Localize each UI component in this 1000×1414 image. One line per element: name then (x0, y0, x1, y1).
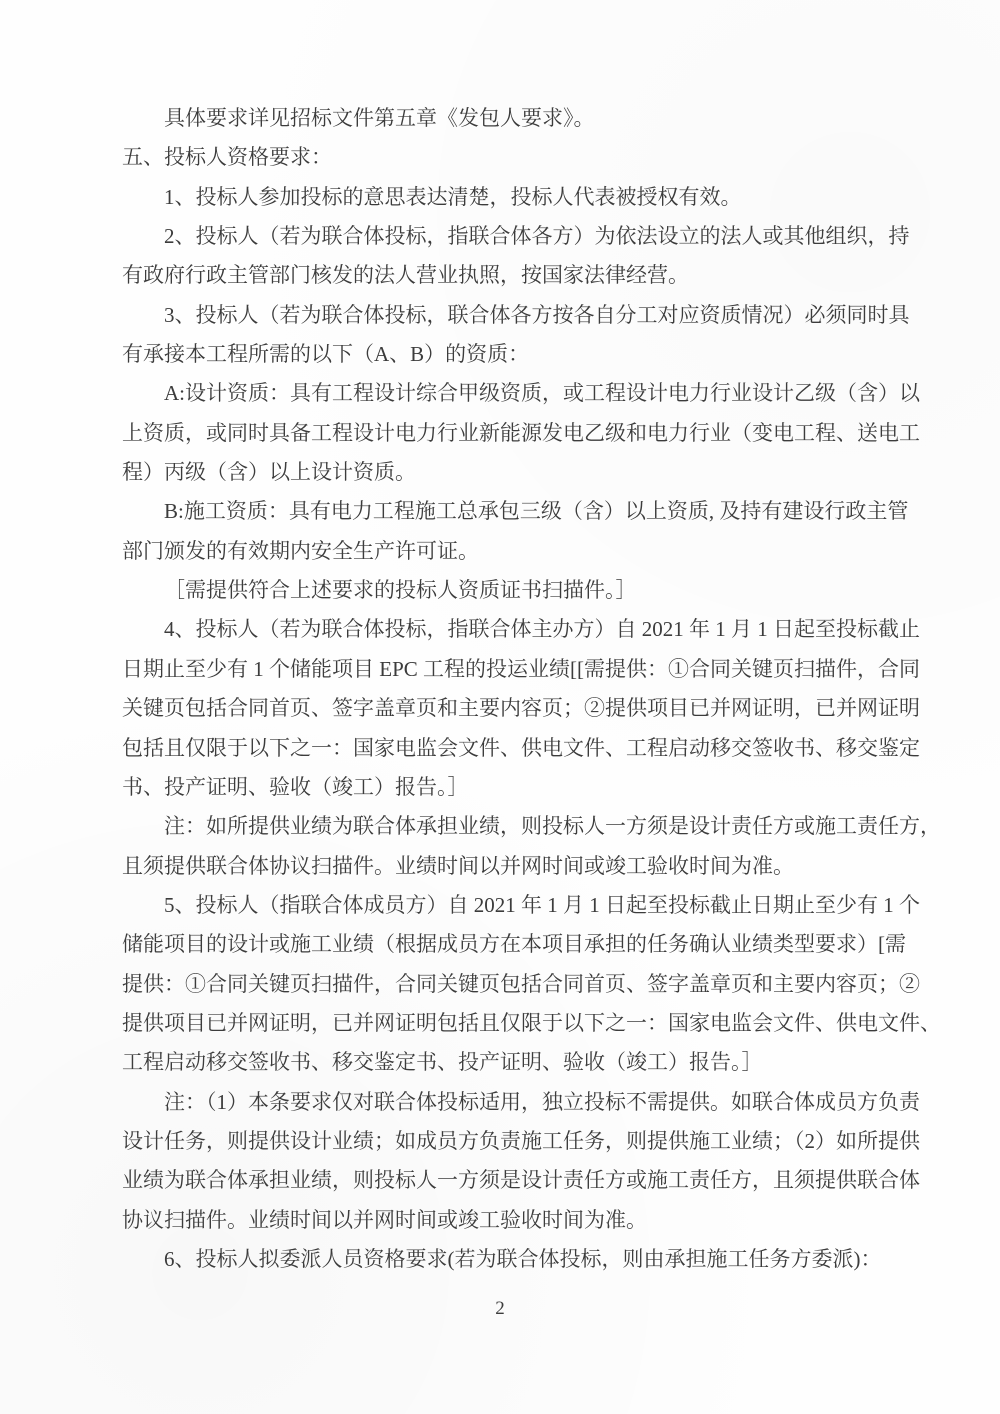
text-line: 包括且仅限于以下之一：国家电监会文件、供电文件、工程启动移交签收书、移交鉴定 (122, 729, 882, 768)
text-line: 有承接本工程所需的以下（A、B）的资质： (122, 335, 882, 374)
text-line: 3、投标人（若为联合体投标，联合体各方按各自分工对应资质情况）必须同时具 (122, 296, 882, 335)
text-line: 有政府行政主管部门核发的法人营业执照，按国家法律经营。 (122, 256, 882, 295)
text-line: 上资质，或同时具备工程设计电力行业新能源发电乙级和电力行业（变电工程、送电工 (122, 414, 882, 453)
text-line: 4、投标人（若为联合体投标，指联合体主办方）自 2021 年 1 月 1 日起至… (122, 610, 882, 649)
text-line: 业绩为联合体承担业绩，则投标人一方须是设计责任方或施工责任方，且须提供联合体 (122, 1161, 882, 1200)
text-line: 5、投标人（指联合体成员方）自 2021 年 1 月 1 日起至投标截止日期止至… (122, 886, 882, 925)
text-line: 协议扫描件。业绩时间以并网时间或竣工验收时间为准。 (122, 1201, 882, 1240)
text-line: 2、投标人（若为联合体投标，指联合体各方）为依法设立的法人或其他组织，持 (122, 217, 882, 256)
text-line: 且须提供联合体协议扫描件。业绩时间以并网时间或竣工验收时间为准。 (122, 847, 882, 886)
text-line: 提供项目已并网证明，已并网证明包括且仅限于以下之一：国家电监会文件、供电文件、 (122, 1004, 882, 1043)
text-line: 提供：①合同关键页扫描件，合同关键页包括合同首页、签字盖章页和主要内容页；② (122, 965, 882, 1004)
document-body: 具体要求详见招标文件第五章《发包人要求》。 五、投标人资格要求： 1、投标人参加… (122, 99, 882, 1279)
document-page: 具体要求详见招标文件第五章《发包人要求》。 五、投标人资格要求： 1、投标人参加… (0, 0, 1000, 1414)
text-line: 部门颁发的有效期内安全生产许可证。 (122, 532, 882, 571)
text-line: 储能项目的设计或施工业绩（根据成员方在本项目承担的任务确认业绩类型要求）[需 (122, 925, 882, 964)
page-number: 2 (0, 1297, 1000, 1321)
text-line: 6、投标人拟委派人员资格要求(若为联合体投标，则由承担施工任务方委派)： (122, 1240, 882, 1279)
text-line: 日期止至少有 1 个储能项目 EPC 工程的投运业绩[[需提供：①合同关键页扫描… (122, 650, 882, 689)
text-line: 注：如所提供业绩为联合体承担业绩，则投标人一方须是设计责任方或施工责任方， (122, 807, 882, 846)
text-line: 注：（1）本条要求仅对联合体投标适用，独立投标不需提供。如联合体成员方负责 (122, 1083, 882, 1122)
text-line: A:设计资质：具有工程设计综合甲级资质，或工程设计电力行业设计乙级（含）以 (122, 374, 882, 413)
section-heading: 五、投标人资格要求： (122, 138, 882, 177)
text-line: 书、投产证明、验收（竣工）报告。］ (122, 768, 882, 807)
text-line: 关键页包括合同首页、签字盖章页和主要内容页；②提供项目已并网证明，已并网证明 (122, 689, 882, 728)
text-line: B:施工资质：具有电力工程施工总承包三级（含）以上资质, 及持有建设行政主管 (122, 492, 882, 531)
text-line: 设计任务，则提供设计业绩；如成员方负责施工任务，则提供施工业绩；（2）如所提供 (122, 1122, 882, 1161)
text-line: 程）丙级（含）以上设计资质。 (122, 453, 882, 492)
text-line: 工程启动移交签收书、移交鉴定书、投产证明、验收（竣工）报告。］ (122, 1043, 882, 1082)
text-line: ［需提供符合上述要求的投标人资质证书扫描件。］ (122, 571, 882, 610)
text-line: 1、投标人参加投标的意思表达清楚，投标人代表被授权有效。 (122, 178, 882, 217)
text-line: 具体要求详见招标文件第五章《发包人要求》。 (122, 99, 882, 138)
